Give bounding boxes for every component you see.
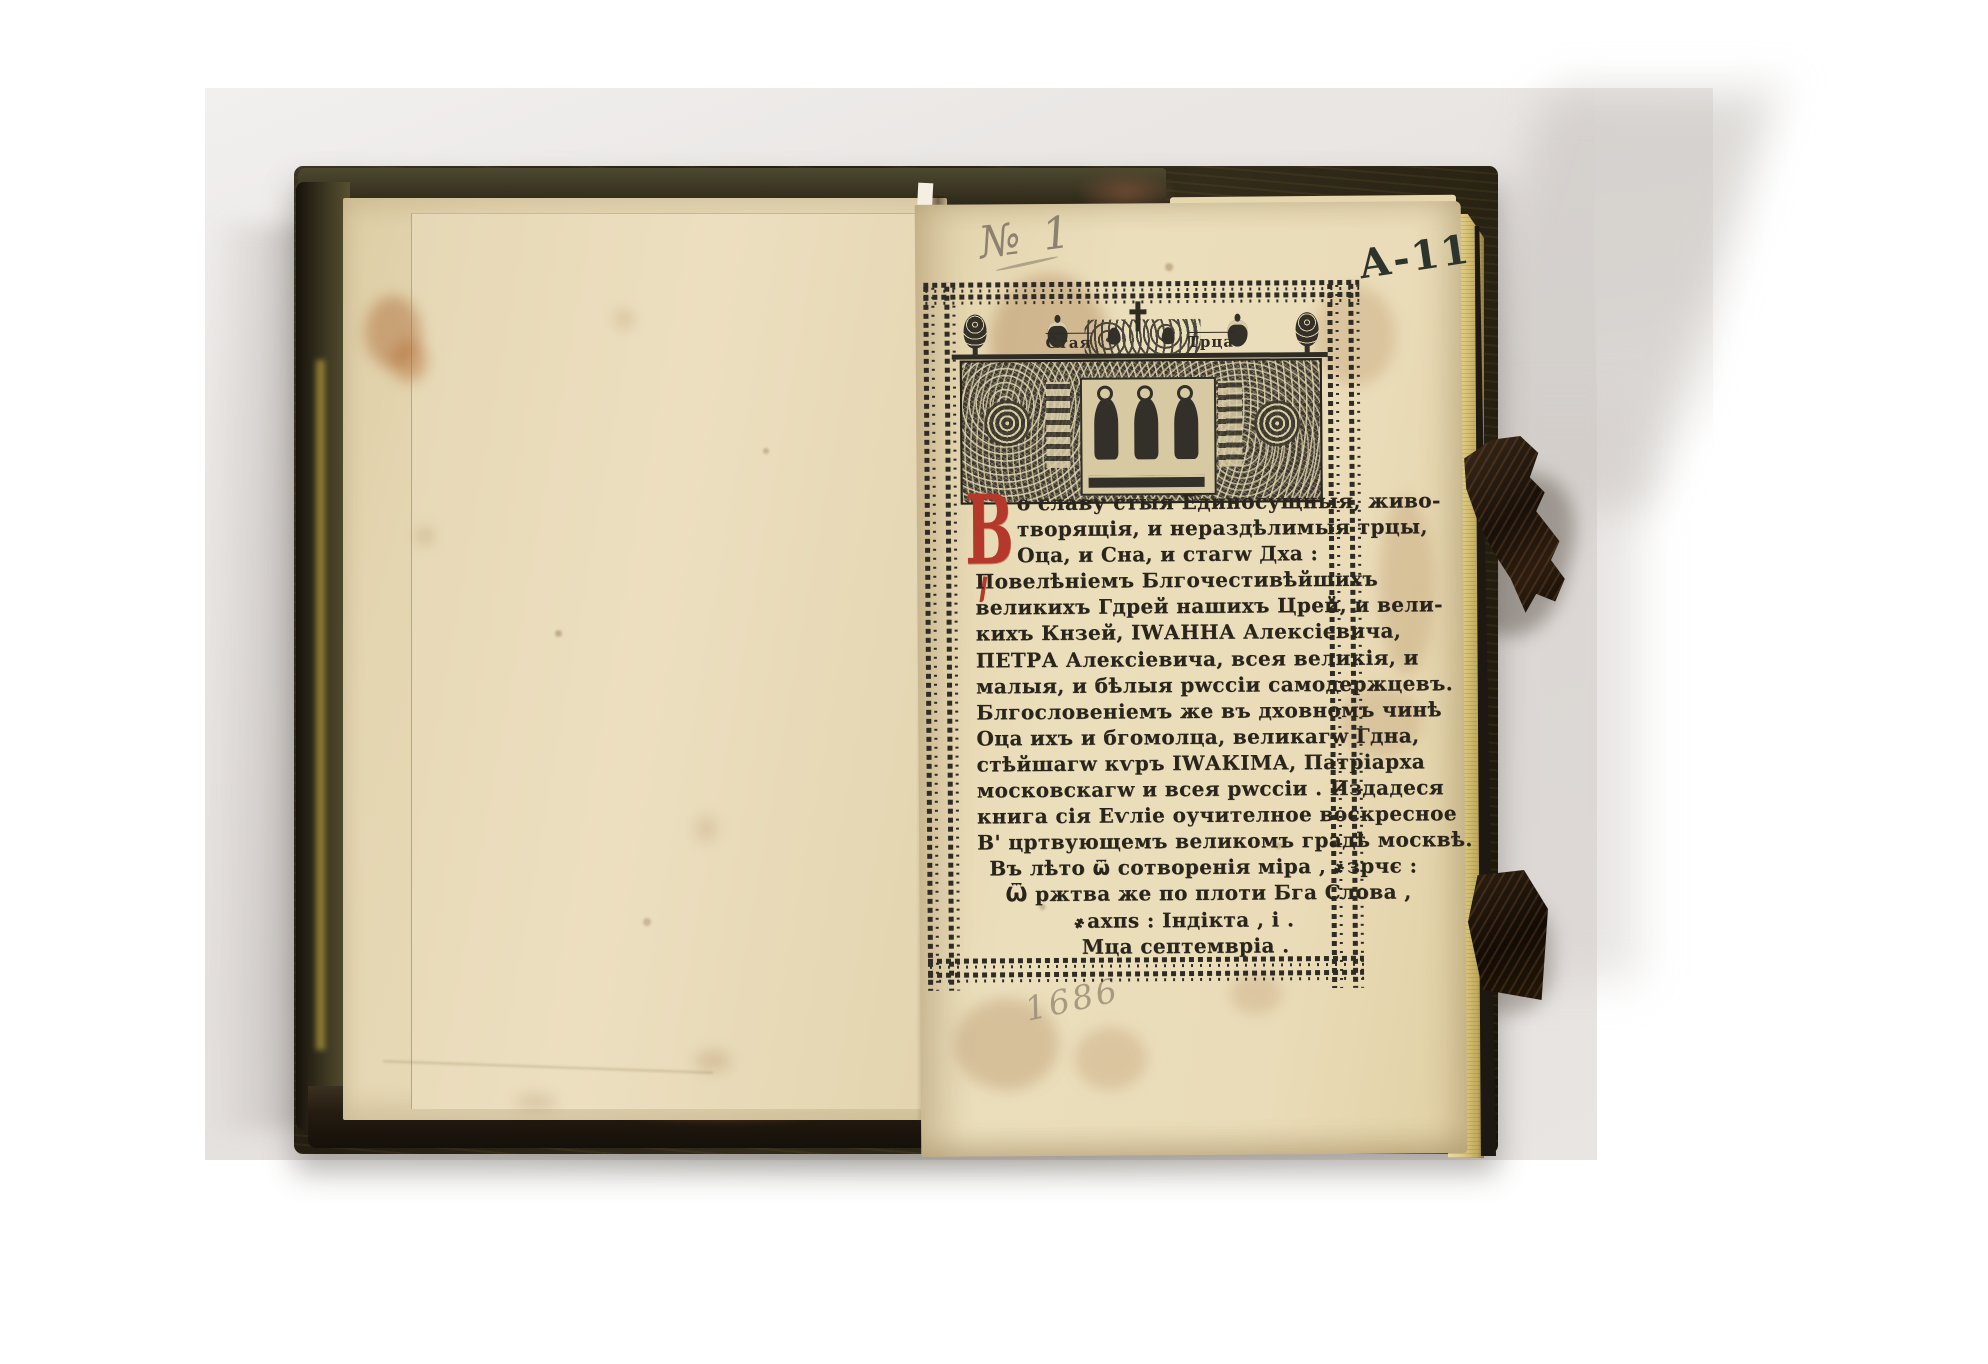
cross-finial-icon bbox=[1135, 301, 1140, 331]
stain bbox=[1074, 1027, 1146, 1090]
flyleaf bbox=[411, 213, 947, 1109]
rosette-ornament bbox=[1254, 400, 1300, 446]
headpiece-engraving bbox=[960, 358, 1323, 505]
foxing-dot bbox=[555, 630, 562, 637]
dome-finial-icon bbox=[1108, 327, 1121, 344]
frame-border-left-col2 bbox=[944, 283, 960, 991]
trinity-figure bbox=[1174, 397, 1198, 459]
title-line: Ѿ ржтва же по плоти Бга Слова , bbox=[977, 879, 1333, 908]
trinity-figure bbox=[1094, 398, 1118, 460]
title-text-block: о славу стыя Единосущныя, живо- творящія… bbox=[975, 488, 1334, 960]
foxing-dot bbox=[643, 918, 651, 926]
rosette-ornament bbox=[984, 400, 1030, 446]
title-line: Оца, и Сна, и стагw Дха : bbox=[975, 540, 1331, 569]
title-line: Повелѣніемъ Блгочестивѣйшихъ bbox=[975, 566, 1331, 595]
stain bbox=[615, 310, 633, 328]
foxing-dot bbox=[1165, 263, 1173, 271]
binding-left-gilt-streak bbox=[316, 360, 325, 1050]
photo-stage: А-11 № 1 А-11 1686 bbox=[0, 0, 1988, 1364]
title-line: творящія, и нераздѣлимыя трцы, bbox=[975, 514, 1331, 543]
pinecone-finial-icon bbox=[1295, 312, 1318, 346]
title-line: кихъ Кнзей, ІWАННА Алексіевича, bbox=[976, 618, 1332, 647]
shelfmark-inscription: А-11 bbox=[1355, 225, 1473, 288]
frame-border-bottom-row2 bbox=[928, 970, 1364, 983]
frame-border-left-col1 bbox=[923, 283, 939, 991]
cross-finial-bar bbox=[1129, 309, 1146, 314]
tower-motif bbox=[1218, 381, 1243, 467]
stain bbox=[391, 340, 427, 382]
title-line: книга сія Еѵліе оучителное воскресное bbox=[977, 801, 1333, 830]
title-line: Оца ихъ и бгомолца, великагw Гдна, bbox=[976, 723, 1332, 752]
title-line: малыя, и бѣлыя рwссіи самодержцевъ. bbox=[976, 671, 1332, 700]
headpiece-label-right: Трца bbox=[1188, 333, 1235, 351]
title-line: Блгословеніемъ же въ дховномъ чинѣ bbox=[976, 697, 1332, 726]
trinity-scene-panel bbox=[1080, 377, 1217, 496]
scroll-curls bbox=[1084, 319, 1200, 354]
headpiece-label-left: Стая bbox=[1046, 334, 1092, 352]
title-line: ҂ахпѕ : Індікта , і . bbox=[978, 906, 1334, 935]
title-line: московскагw и всея рwссіи . Издадеся bbox=[977, 775, 1333, 804]
stain bbox=[417, 528, 433, 544]
left-page: А-11 bbox=[343, 198, 947, 1120]
title-line: стѣйшагw кѵръ ІWАКІМА, Патріарха bbox=[977, 749, 1333, 778]
title-line: Мца септемвріа . bbox=[978, 932, 1334, 961]
pinecone-finial-icon bbox=[963, 314, 986, 348]
trinity-table bbox=[1089, 475, 1205, 488]
foxing-dot bbox=[763, 448, 769, 454]
trinity-figure bbox=[1134, 397, 1158, 459]
title-line: Въ лѣто ѿ сотворенія міра , ҂зрчє : bbox=[977, 853, 1333, 882]
finial-stem bbox=[1305, 345, 1310, 354]
finial-stem bbox=[973, 347, 978, 356]
tower-motif bbox=[1046, 382, 1071, 468]
stain bbox=[695, 1050, 731, 1072]
title-line: ПЕТРА Алексіевича, всея великія, и bbox=[976, 645, 1332, 674]
title-line: великихъ Гдрей нашихъ Црей, и вели- bbox=[975, 592, 1331, 621]
title-line: о славу стыя Единосущныя, живо- bbox=[975, 488, 1331, 517]
dome-finial-icon bbox=[1162, 327, 1175, 344]
title-line: В' цртвующемъ великомъ градѣ москвѣ. bbox=[977, 827, 1333, 856]
stain bbox=[695, 816, 717, 842]
headpiece-woodcut: Стая Трца bbox=[959, 294, 1324, 497]
stain bbox=[515, 1094, 557, 1110]
ornamental-frame: Стая Трца В bbox=[923, 280, 1364, 991]
frame-border-top-row1 bbox=[923, 280, 1359, 293]
right-page-title-page: № 1 А-11 1686 bbox=[915, 201, 1468, 1157]
handwritten-number-inscription: № 1 bbox=[976, 206, 1077, 269]
